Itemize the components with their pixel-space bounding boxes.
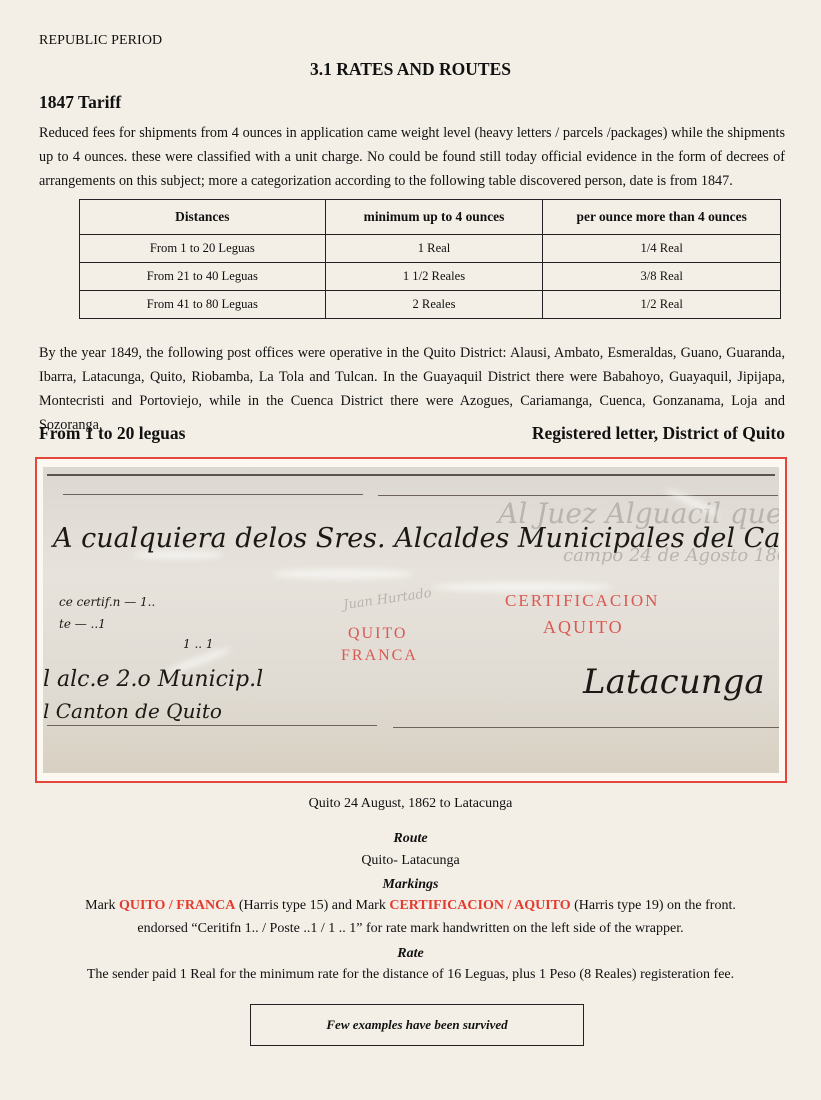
cell-distance: From 1 to 20 Leguas xyxy=(80,235,326,263)
endorsement-description: endorsed “Ceritifn 1.. / Poste ..1 / 1 .… xyxy=(0,921,821,937)
cell-minimum: 1 1/2 Reales xyxy=(325,263,543,291)
cell-per-ounce: 3/8 Real xyxy=(543,263,781,291)
rate-description: The sender paid 1 Real for the minimum r… xyxy=(0,967,821,983)
distance-heading: From 1 to 20 leguas xyxy=(39,423,185,444)
markings-text: Mark xyxy=(85,898,119,913)
markings-text: (Harris type 15) and Mark xyxy=(235,898,389,913)
cover-caption: Quito 24 August, 1862 to Latacunga xyxy=(0,796,821,812)
table-row: From 41 to 80 Leguas 2 Reales 1/2 Real xyxy=(80,291,781,319)
cell-distance: From 21 to 40 Leguas xyxy=(80,263,326,291)
cell-minimum: 2 Reales xyxy=(325,291,543,319)
stamp-certificacion: CERTIFICACION xyxy=(505,591,659,611)
mark-quito-franca: QUITO / FRANCA xyxy=(119,898,235,913)
markings-label: Markings xyxy=(0,877,821,893)
cover-sender: l Canton de Quito xyxy=(43,699,222,723)
intro-paragraph: Reduced fees for shipments from 4 ounces… xyxy=(39,121,785,193)
letter-type-heading: Registered letter, District of Quito xyxy=(532,423,785,444)
cover-address: A cualquiera delos Sres. Alcaldes Munici… xyxy=(53,523,779,554)
table-row: From 1 to 20 Leguas 1 Real 1/4 Real xyxy=(80,235,781,263)
cover-sender: l alc.e 2.o Municip.l xyxy=(43,667,263,692)
cover-image: Al Juez Alguacil que reciba la carta cam… xyxy=(43,467,779,773)
cell-per-ounce: 1/4 Real xyxy=(543,235,781,263)
stamp-franca: FRANCA xyxy=(341,647,418,665)
cell-per-ounce: 1/2 Real xyxy=(543,291,781,319)
page-title: 3.1 RATES AND ROUTES xyxy=(0,59,821,80)
tariff-table: Distances minimum up to 4 ounces per oun… xyxy=(79,199,781,319)
cell-distance: From 41 to 80 Leguas xyxy=(80,291,326,319)
cover-rate-note: ce certif.n — 1.. xyxy=(59,595,155,609)
stamp-aquito: AQUITO xyxy=(543,617,624,638)
header-distances: Distances xyxy=(80,200,326,235)
section-label: REPUBLIC PERIOD xyxy=(39,33,162,49)
cover-image-frame: Al Juez Alguacil que reciba la carta cam… xyxy=(35,457,787,783)
cover-rate-note: 1 .. 1 xyxy=(183,637,214,651)
tariff-heading: 1847 Tariff xyxy=(39,92,121,113)
header-per-ounce: per ounce more than 4 ounces xyxy=(543,200,781,235)
tariff-header-row: Distances minimum up to 4 ounces per oun… xyxy=(80,200,781,235)
cell-minimum: 1 Real xyxy=(325,235,543,263)
rarity-note-box: Few examples have been survived xyxy=(250,1004,584,1046)
cover-rate-note: te — ..1 xyxy=(59,617,106,631)
rarity-note: Few examples have been survived xyxy=(326,1017,507,1033)
markings-text: (Harris type 19) on the front. xyxy=(571,898,736,913)
route-label: Route xyxy=(0,831,821,847)
rate-label: Rate xyxy=(0,946,821,962)
cover-destination: Latacunga xyxy=(583,662,765,702)
stamp-quito: QUITO xyxy=(348,625,407,643)
markings-description: Mark QUITO / FRANCA (Harris type 15) and… xyxy=(0,898,821,914)
mark-certificacion-aquito: CERTIFICACION / AQUITO xyxy=(389,898,570,913)
header-minimum: minimum up to 4 ounces xyxy=(325,200,543,235)
table-row: From 21 to 40 Leguas 1 1/2 Reales 3/8 Re… xyxy=(80,263,781,291)
route-value: Quito- Latacunga xyxy=(0,853,821,869)
